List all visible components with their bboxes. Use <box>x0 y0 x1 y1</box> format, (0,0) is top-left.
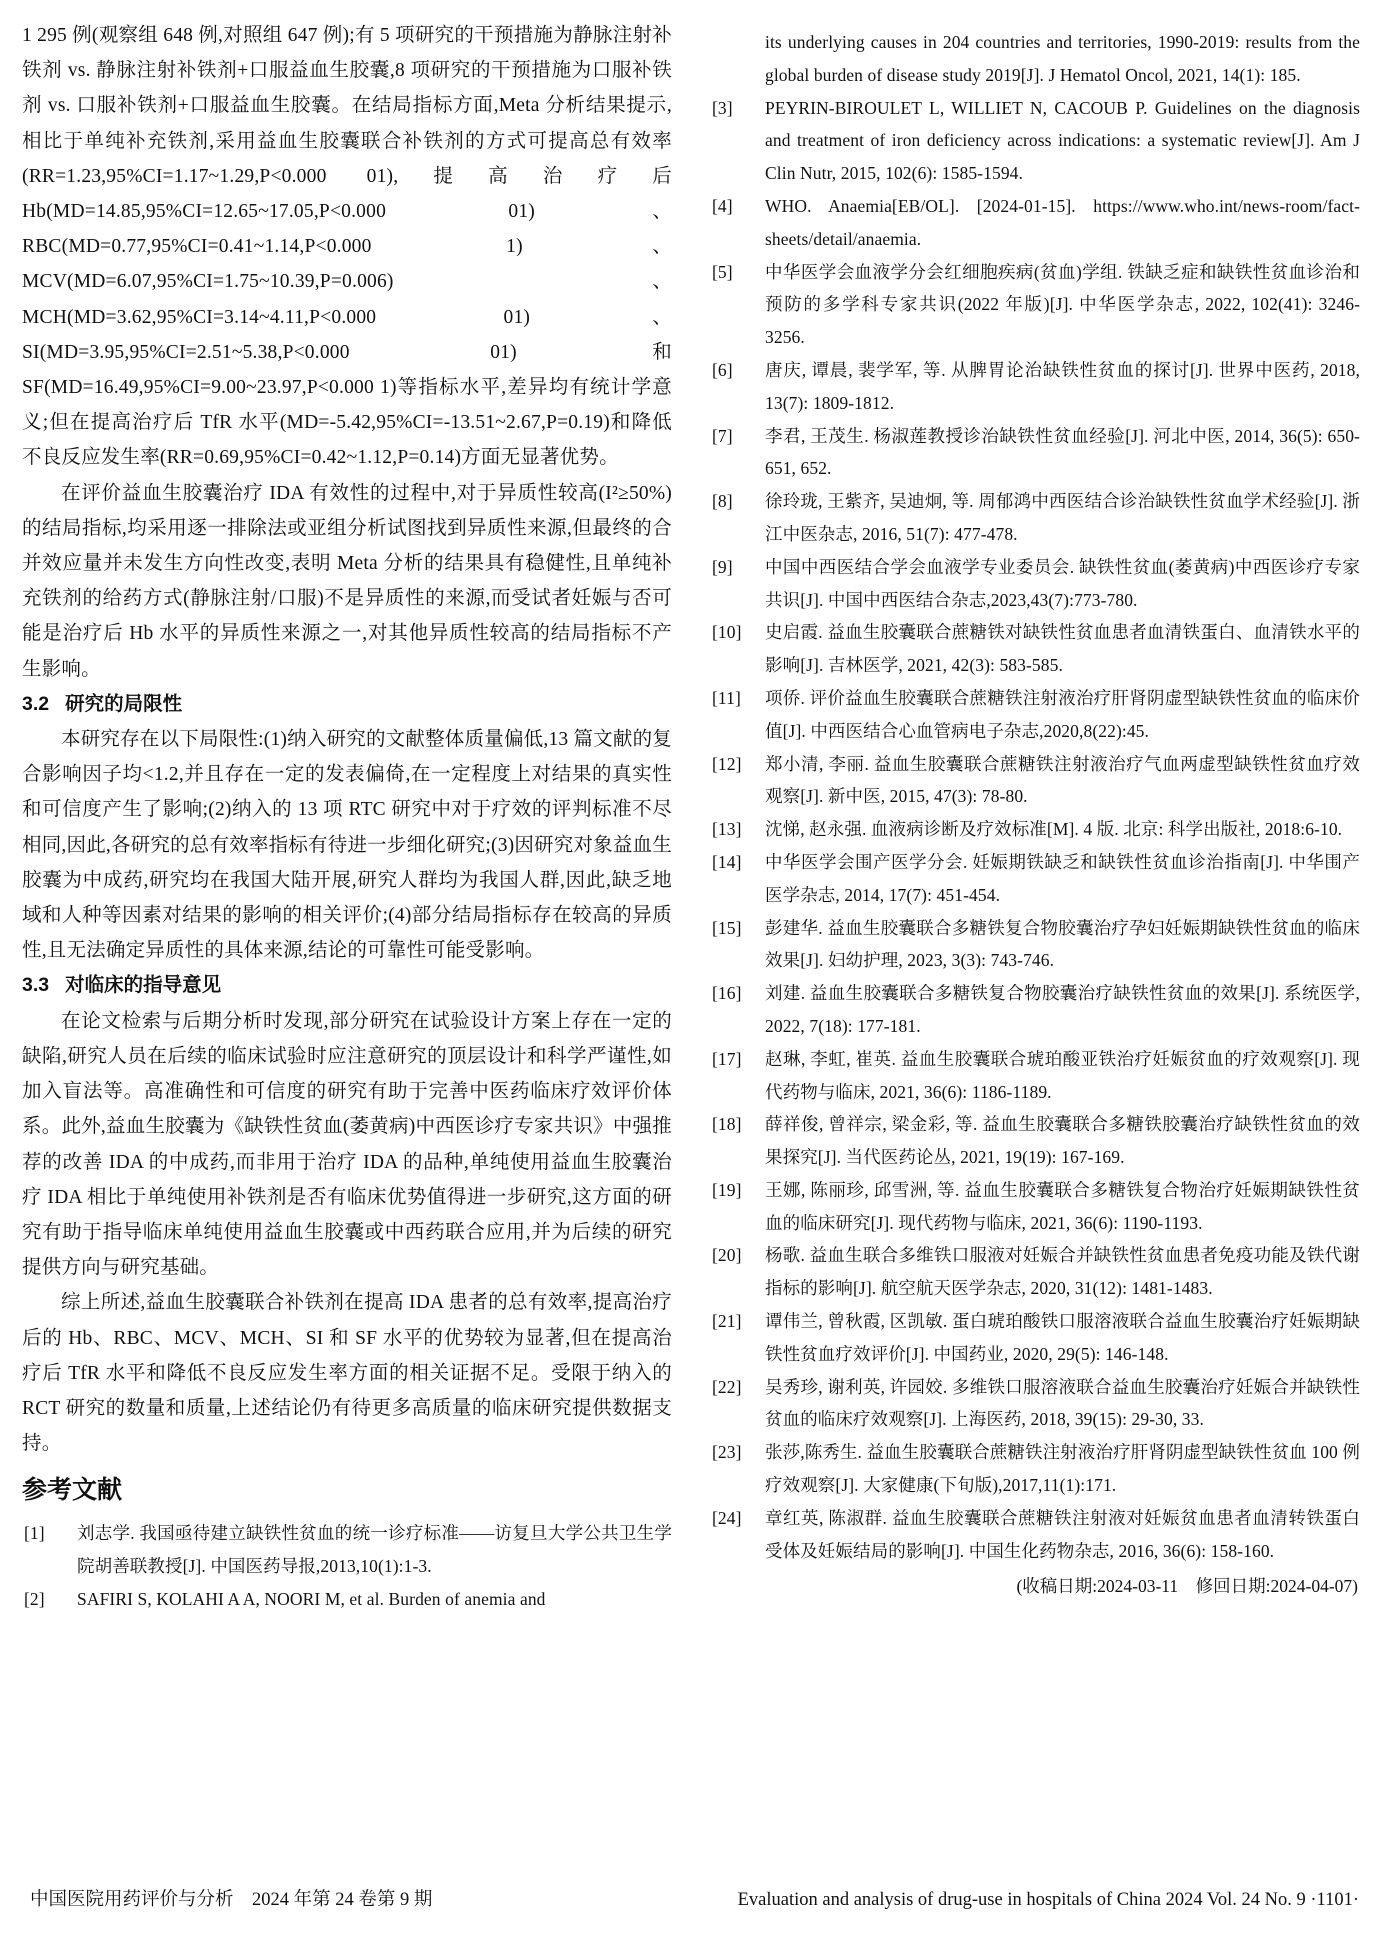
reference-item: [21]谭伟兰, 曾秋霞, 区凯敏. 蛋白琥珀酸铁口服溶液联合益血生胶囊治疗妊娠… <box>710 1305 1360 1371</box>
reference-text: 薛祥俊, 曾祥宗, 梁金彩, 等. 益血生胶囊联合多糖铁胶囊治疗缺铁性贫血的效果… <box>765 1114 1360 1167</box>
two-column-layout: 1 295 例(观察组 648 例,对照组 647 例);有 5 项研究的干预措… <box>0 0 1375 1616</box>
reference-text: 李君, 王茂生. 杨淑莲教授诊治缺铁性贫血经验[J]. 河北中医, 2014, … <box>765 426 1360 479</box>
reference-item: [3]PEYRIN-BIROULET L, WILLIET N, CACOUB … <box>710 92 1360 190</box>
reference-text: 王娜, 陈丽珍, 邱雪洲, 等. 益血生胶囊联合多糖铁复合物治疗妊娠期缺铁性贫血… <box>765 1180 1360 1233</box>
reference-number: [9] <box>712 551 733 584</box>
section-number: 3.3 <box>22 974 49 996</box>
reference-item: [19]王娜, 陈丽珍, 邱雪洲, 等. 益血生胶囊联合多糖铁复合物治疗妊娠期缺… <box>710 1174 1360 1240</box>
body-paragraph: 本研究存在以下局限性:(1)纳入研究的文献整体质量偏低,13 篇文献的复合影响因… <box>22 722 672 968</box>
reference-text: 赵琳, 李虹, 崔英. 益血生胶囊联合琥珀酸亚铁治疗妊娠贫血的疗效观察[J]. … <box>765 1049 1360 1102</box>
reference-item: [17]赵琳, 李虹, 崔英. 益血生胶囊联合琥珀酸亚铁治疗妊娠贫血的疗效观察[… <box>710 1043 1360 1109</box>
reference-number: [11] <box>712 682 741 715</box>
reference-item: [23]张莎,陈秀生. 益血生胶囊联合蔗糖铁注射液治疗肝肾阴虚型缺铁性贫血 10… <box>710 1436 1360 1502</box>
reference-item: [6]唐庆, 谭晨, 裴学军, 等. 从脾胃论治缺铁性贫血的探讨[J]. 世界中… <box>710 354 1360 420</box>
reference-item: [15]彭建华. 益血生胶囊联合多糖铁复合物胶囊治疗孕妇妊娠期缺铁性贫血的临床效… <box>710 912 1360 978</box>
reference-number: [13] <box>712 813 742 846</box>
reference-text: 杨歌. 益血生联合多维铁口服液对妊娠合并缺铁性贫血患者免疫功能及铁代谢指标的影响… <box>765 1245 1360 1298</box>
reference-number: [7] <box>712 420 733 453</box>
reference-text: 刘志学. 我国亟待建立缺铁性贫血的统一诊疗标准——访复旦大学公共卫生学院胡善联教… <box>77 1523 672 1576</box>
reference-item: [12]郑小清, 李丽. 益血生胶囊联合蔗糖铁注射液治疗气血两虚型缺铁性贫血疗效… <box>710 748 1360 814</box>
reference-number: [20] <box>712 1239 742 1272</box>
reference-text: SAFIRI S, KOLAHI A A, NOORI M, et al. Bu… <box>77 1589 546 1609</box>
reference-text: 中华医学会围产医学分会. 妊娠期铁缺乏和缺铁性贫血诊治指南[J]. 中华围产医学… <box>765 852 1360 905</box>
reference-number: [1] <box>24 1517 45 1550</box>
reference-number: [12] <box>712 748 742 781</box>
section-title: 对临床的指导意见 <box>65 974 221 996</box>
footer-journal-title-cn: 中国医院用药评价与分析 2024 年第 24 卷第 9 期 <box>30 1887 432 1913</box>
reference-text: 刘建. 益血生胶囊联合多糖铁复合物胶囊治疗缺铁性贫血的效果[J]. 系统医学, … <box>765 983 1360 1036</box>
page-footer: 中国医院用药评价与分析 2024 年第 24 卷第 9 期 Evaluation… <box>30 1887 1359 1913</box>
reference-number: [5] <box>712 256 733 289</box>
reference-number: [22] <box>712 1371 742 1404</box>
reference-text: 中国中西医结合学会血液学专业委员会. 缺铁性贫血(萎黄病)中西医诊疗专家共识[J… <box>765 557 1360 610</box>
footer-journal-title-en: Evaluation and analysis of drug-use in h… <box>738 1887 1359 1913</box>
references-heading: 参考文献 <box>22 1467 672 1513</box>
body-paragraph: 1 295 例(观察组 648 例,对照组 647 例);有 5 项研究的干预措… <box>22 18 672 476</box>
reference-number: [16] <box>712 977 742 1010</box>
reference-number: [18] <box>712 1108 742 1141</box>
section-title: 研究的局限性 <box>65 693 182 715</box>
reference-item: [7]李君, 王茂生. 杨淑莲教授诊治缺铁性贫血经验[J]. 河北中医, 201… <box>710 420 1360 486</box>
reference-item: its underlying causes in 204 countries a… <box>710 26 1360 92</box>
reference-number: [2] <box>24 1583 45 1616</box>
reference-item: [5]中华医学会血液学分会红细胞疾病(贫血)学组. 铁缺乏症和缺铁性贫血诊治和预… <box>710 256 1360 354</box>
body-paragraph: 在论文检索与后期分析时发现,部分研究在试验设计方案上存在一定的缺陷,研究人员在后… <box>22 1004 672 1286</box>
reference-number: [10] <box>712 616 742 649</box>
section-heading: 3.3对临床的指导意见 <box>22 968 672 1003</box>
reference-item: [13]沈悌, 赵永强. 血液病诊断及疗效标准[M]. 4 版. 北京: 科学出… <box>710 813 1360 846</box>
reference-item: [14]中华医学会围产医学分会. 妊娠期铁缺乏和缺铁性贫血诊治指南[J]. 中华… <box>710 846 1360 912</box>
reference-number: [6] <box>712 354 733 387</box>
reference-number: [4] <box>712 190 733 223</box>
body-paragraph: 在评价益血生胶囊治疗 IDA 有效性的过程中,对于异质性较高(I²≥50%)的结… <box>22 476 672 687</box>
reference-item: [11]项侨. 评价益血生胶囊联合蔗糖铁注射液治疗肝肾阴虚型缺铁性贫血的临床价值… <box>710 682 1360 748</box>
reference-item: [16]刘建. 益血生胶囊联合多糖铁复合物胶囊治疗缺铁性贫血的效果[J]. 系统… <box>710 977 1360 1043</box>
body-paragraph: 综上所述,益血生胶囊联合补铁剂在提高 IDA 患者的总有效率,提高治疗后的 Hb… <box>22 1285 672 1461</box>
reference-item: [24]章红英, 陈淑群. 益血生胶囊联合蔗糖铁注射液对妊娠贫血患者血清转铁蛋白… <box>710 1502 1360 1568</box>
reference-text: 徐玲珑, 王紫齐, 吴迪炯, 等. 周郁鸿中西医结合诊治缺铁性贫血学术经验[J]… <box>765 491 1360 544</box>
reference-text: 张莎,陈秀生. 益血生胶囊联合蔗糖铁注射液治疗肝肾阴虚型缺铁性贫血 100 例疗… <box>765 1442 1360 1495</box>
section-heading: 3.2研究的局限性 <box>22 687 672 722</box>
reference-text: 谭伟兰, 曾秋霞, 区凯敏. 蛋白琥珀酸铁口服溶液联合益血生胶囊治疗妊娠期缺铁性… <box>765 1311 1360 1364</box>
reference-text: 史启霞. 益血生胶囊联合蔗糖铁对缺铁性贫血患者血清铁蛋白、血清铁水平的影响[J]… <box>765 622 1360 675</box>
reference-text: 中华医学会血液学分会红细胞疾病(贫血)学组. 铁缺乏症和缺铁性贫血诊治和预防的多… <box>765 262 1360 348</box>
reference-item: [22]吴秀珍, 谢利英, 许园姣. 多维铁口服溶液联合益血生胶囊治疗妊娠合并缺… <box>710 1371 1360 1437</box>
reference-item: [1]刘志学. 我国亟待建立缺铁性贫血的统一诊疗标准——访复旦大学公共卫生学院胡… <box>22 1517 672 1583</box>
reference-number: [17] <box>712 1043 742 1076</box>
reference-text: 章红英, 陈淑群. 益血生胶囊联合蔗糖铁注射液对妊娠贫血患者血清转铁蛋白受体及妊… <box>765 1508 1360 1561</box>
reference-number: [15] <box>712 912 742 945</box>
reference-number: [21] <box>712 1305 742 1338</box>
reference-number: [24] <box>712 1502 742 1535</box>
right-column: its underlying causes in 204 countries a… <box>710 18 1360 1616</box>
reference-text: 唐庆, 谭晨, 裴学军, 等. 从脾胃论治缺铁性贫血的探讨[J]. 世界中医药,… <box>765 360 1360 413</box>
reference-text: 沈悌, 赵永强. 血液病诊断及疗效标准[M]. 4 版. 北京: 科学出版社, … <box>765 819 1342 839</box>
reference-item: [8]徐玲珑, 王紫齐, 吴迪炯, 等. 周郁鸿中西医结合诊治缺铁性贫血学术经验… <box>710 485 1360 551</box>
reference-text: 项侨. 评价益血生胶囊联合蔗糖铁注射液治疗肝肾阴虚型缺铁性贫血的临床价值[J].… <box>765 688 1360 741</box>
reference-text: its underlying causes in 204 countries a… <box>765 32 1360 85</box>
reference-text: 郑小清, 李丽. 益血生胶囊联合蔗糖铁注射液治疗气血两虚型缺铁性贫血疗效观察[J… <box>765 754 1360 807</box>
paper-page: 1 295 例(观察组 648 例,对照组 647 例);有 5 项研究的干预措… <box>0 0 1375 1940</box>
left-column: 1 295 例(观察组 648 例,对照组 647 例);有 5 项研究的干预措… <box>22 18 672 1616</box>
reference-item: [10]史启霞. 益血生胶囊联合蔗糖铁对缺铁性贫血患者血清铁蛋白、血清铁水平的影… <box>710 616 1360 682</box>
reference-item: [9]中国中西医结合学会血液学专业委员会. 缺铁性贫血(萎黄病)中西医诊疗专家共… <box>710 551 1360 617</box>
reference-number: [19] <box>712 1174 742 1207</box>
reference-text: 彭建华. 益血生胶囊联合多糖铁复合物胶囊治疗孕妇妊娠期缺铁性贫血的临床效果[J]… <box>765 918 1360 971</box>
reference-text: 吴秀珍, 谢利英, 许园姣. 多维铁口服溶液联合益血生胶囊治疗妊娠合并缺铁性贫血… <box>765 1377 1360 1430</box>
reference-text: PEYRIN-BIROULET L, WILLIET N, CACOUB P. … <box>765 98 1360 184</box>
reference-item: [4]WHO. Anaemia[EB/OL]. [2024-01-15]. ht… <box>710 190 1360 256</box>
reference-text: WHO. Anaemia[EB/OL]. [2024-01-15]. https… <box>765 196 1360 249</box>
reference-number: [3] <box>712 92 733 125</box>
reference-number: [23] <box>712 1436 742 1469</box>
section-number: 3.2 <box>22 693 49 715</box>
reference-item: [18]薛祥俊, 曾祥宗, 梁金彩, 等. 益血生胶囊联合多糖铁胶囊治疗缺铁性贫… <box>710 1108 1360 1174</box>
reference-number: [14] <box>712 846 742 879</box>
reference-number: [8] <box>712 485 733 518</box>
reference-item: [20]杨歌. 益血生联合多维铁口服液对妊娠合并缺铁性贫血患者免疫功能及铁代谢指… <box>710 1239 1360 1305</box>
reference-item: [2]SAFIRI S, KOLAHI A A, NOORI M, et al.… <box>22 1583 672 1616</box>
received-revised-dates: (收稿日期:2024-03-11 修回日期:2024-04-07) <box>710 1569 1360 1603</box>
